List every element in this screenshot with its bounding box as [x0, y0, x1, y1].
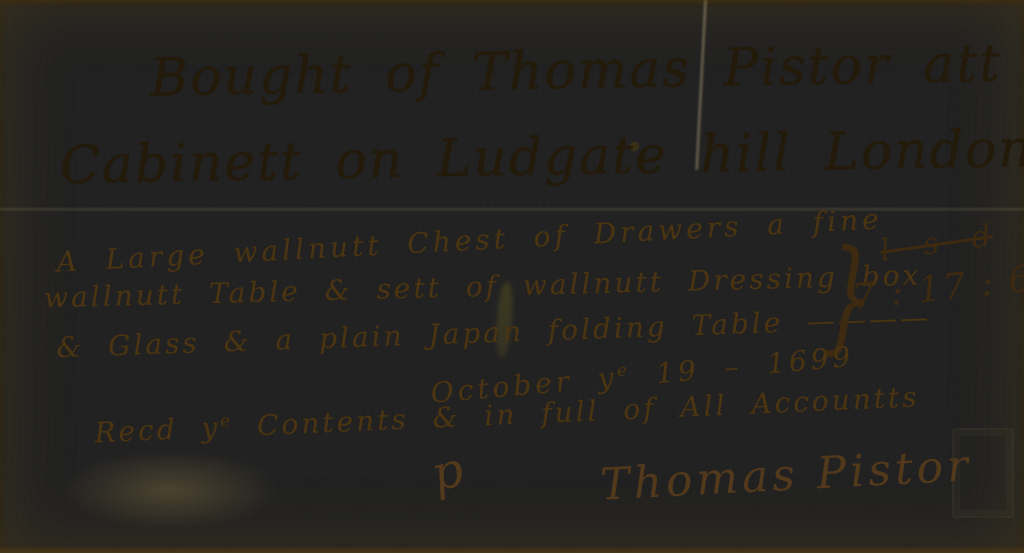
paper-stain [60, 450, 280, 530]
header-line-2: Cabinett on Ludgate hill London 1699 [60, 116, 1024, 196]
receipt-superscript: e [220, 410, 234, 431]
header-line-1: Bought of Thomas Pistor att the [150, 31, 1024, 108]
price-column-header: l s d [878, 218, 995, 268]
receipt-text: Recd y [94, 411, 221, 449]
signature-mark: p [426, 441, 469, 503]
paper-bottom-edge [0, 546, 1024, 553]
receipt-document: Bought of Thomas Pistor att the Cabinett… [0, 0, 1024, 553]
paper-top-edge [0, 0, 1024, 5]
signature-name: Thomas Pistor [599, 440, 973, 510]
